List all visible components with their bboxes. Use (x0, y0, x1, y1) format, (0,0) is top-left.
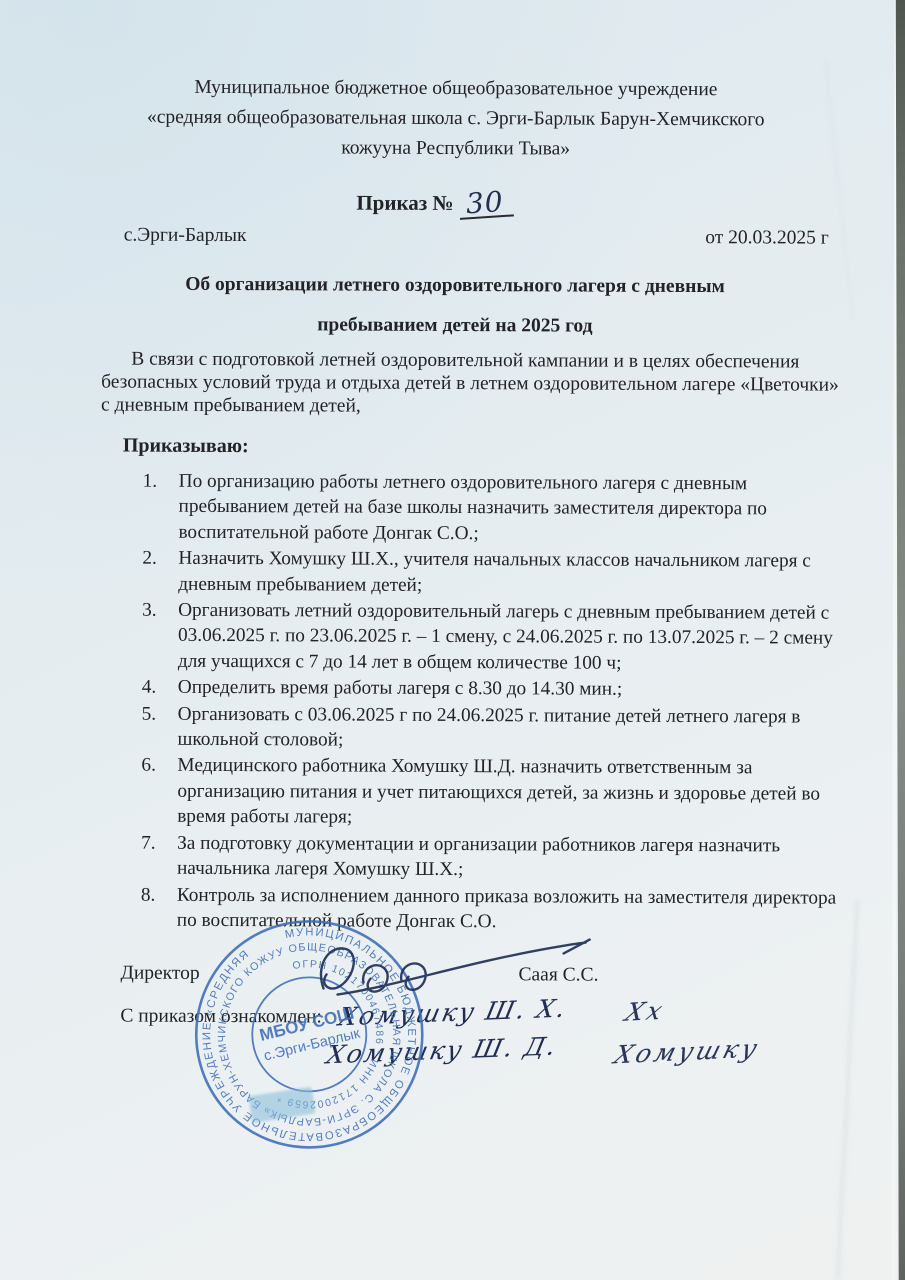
order-item: Организовать летний оздоровительный лаге… (140, 598, 846, 677)
order-number-line: Приказ № 30 (2, 186, 867, 218)
order-item: Назначить Хомушку Ш.Х., учителя начальны… (140, 546, 846, 600)
decree-label: Приказываю: (123, 435, 249, 459)
place-label: с.Эрги-Барлык (124, 225, 247, 248)
order-item: Медицинского работника Хомушку Ш.Д. назн… (139, 753, 845, 832)
date-label: от 20.03.2025 г (705, 227, 829, 250)
org-line: «средняя общеобразовательная школа с. Эр… (92, 102, 819, 135)
scanned-order-document: Муниципальное бюджетное общеобразователь… (0, 0, 905, 1280)
order-label: Приказ № (356, 191, 453, 215)
acknowledgement-signature: Хх (622, 996, 669, 1027)
director-signature-stroke (293, 932, 603, 1013)
org-line: Муниципальное бюджетное общеобразователь… (92, 72, 819, 105)
order-item: За подготовку документации и организации… (139, 830, 845, 884)
order-items-list: По организацию работы летнего оздоровите… (139, 469, 847, 937)
order-title-line: пребыванием детей на 2025 год (91, 304, 818, 347)
order-item: Определить время работы лагеря с 8.30 до… (140, 675, 846, 703)
document-body: Муниципальное бюджетное общеобразователь… (0, 0, 905, 1280)
intro-paragraph: В связи с подготовкой летней оздоровител… (101, 347, 843, 419)
place-date-row: с.Эрги-Барлык от 20.03.2025 г (124, 225, 829, 250)
acknowledgement-signature: Хомушку (611, 1034, 763, 1070)
order-number-handwritten: 30 (458, 188, 513, 219)
order-title-line: Об организации летнего оздоровительного … (91, 264, 818, 307)
order-item: Организовать с 03.06.2025 г по 24.06.202… (140, 701, 846, 755)
org-line: кожууна Республики Тыва» (92, 132, 819, 165)
order-title: Об организации летнего оздоровительного … (91, 264, 818, 347)
organization-header: Муниципальное бюджетное общеобразователь… (92, 72, 819, 165)
order-item: По организацию работы летнего оздоровите… (140, 469, 846, 548)
